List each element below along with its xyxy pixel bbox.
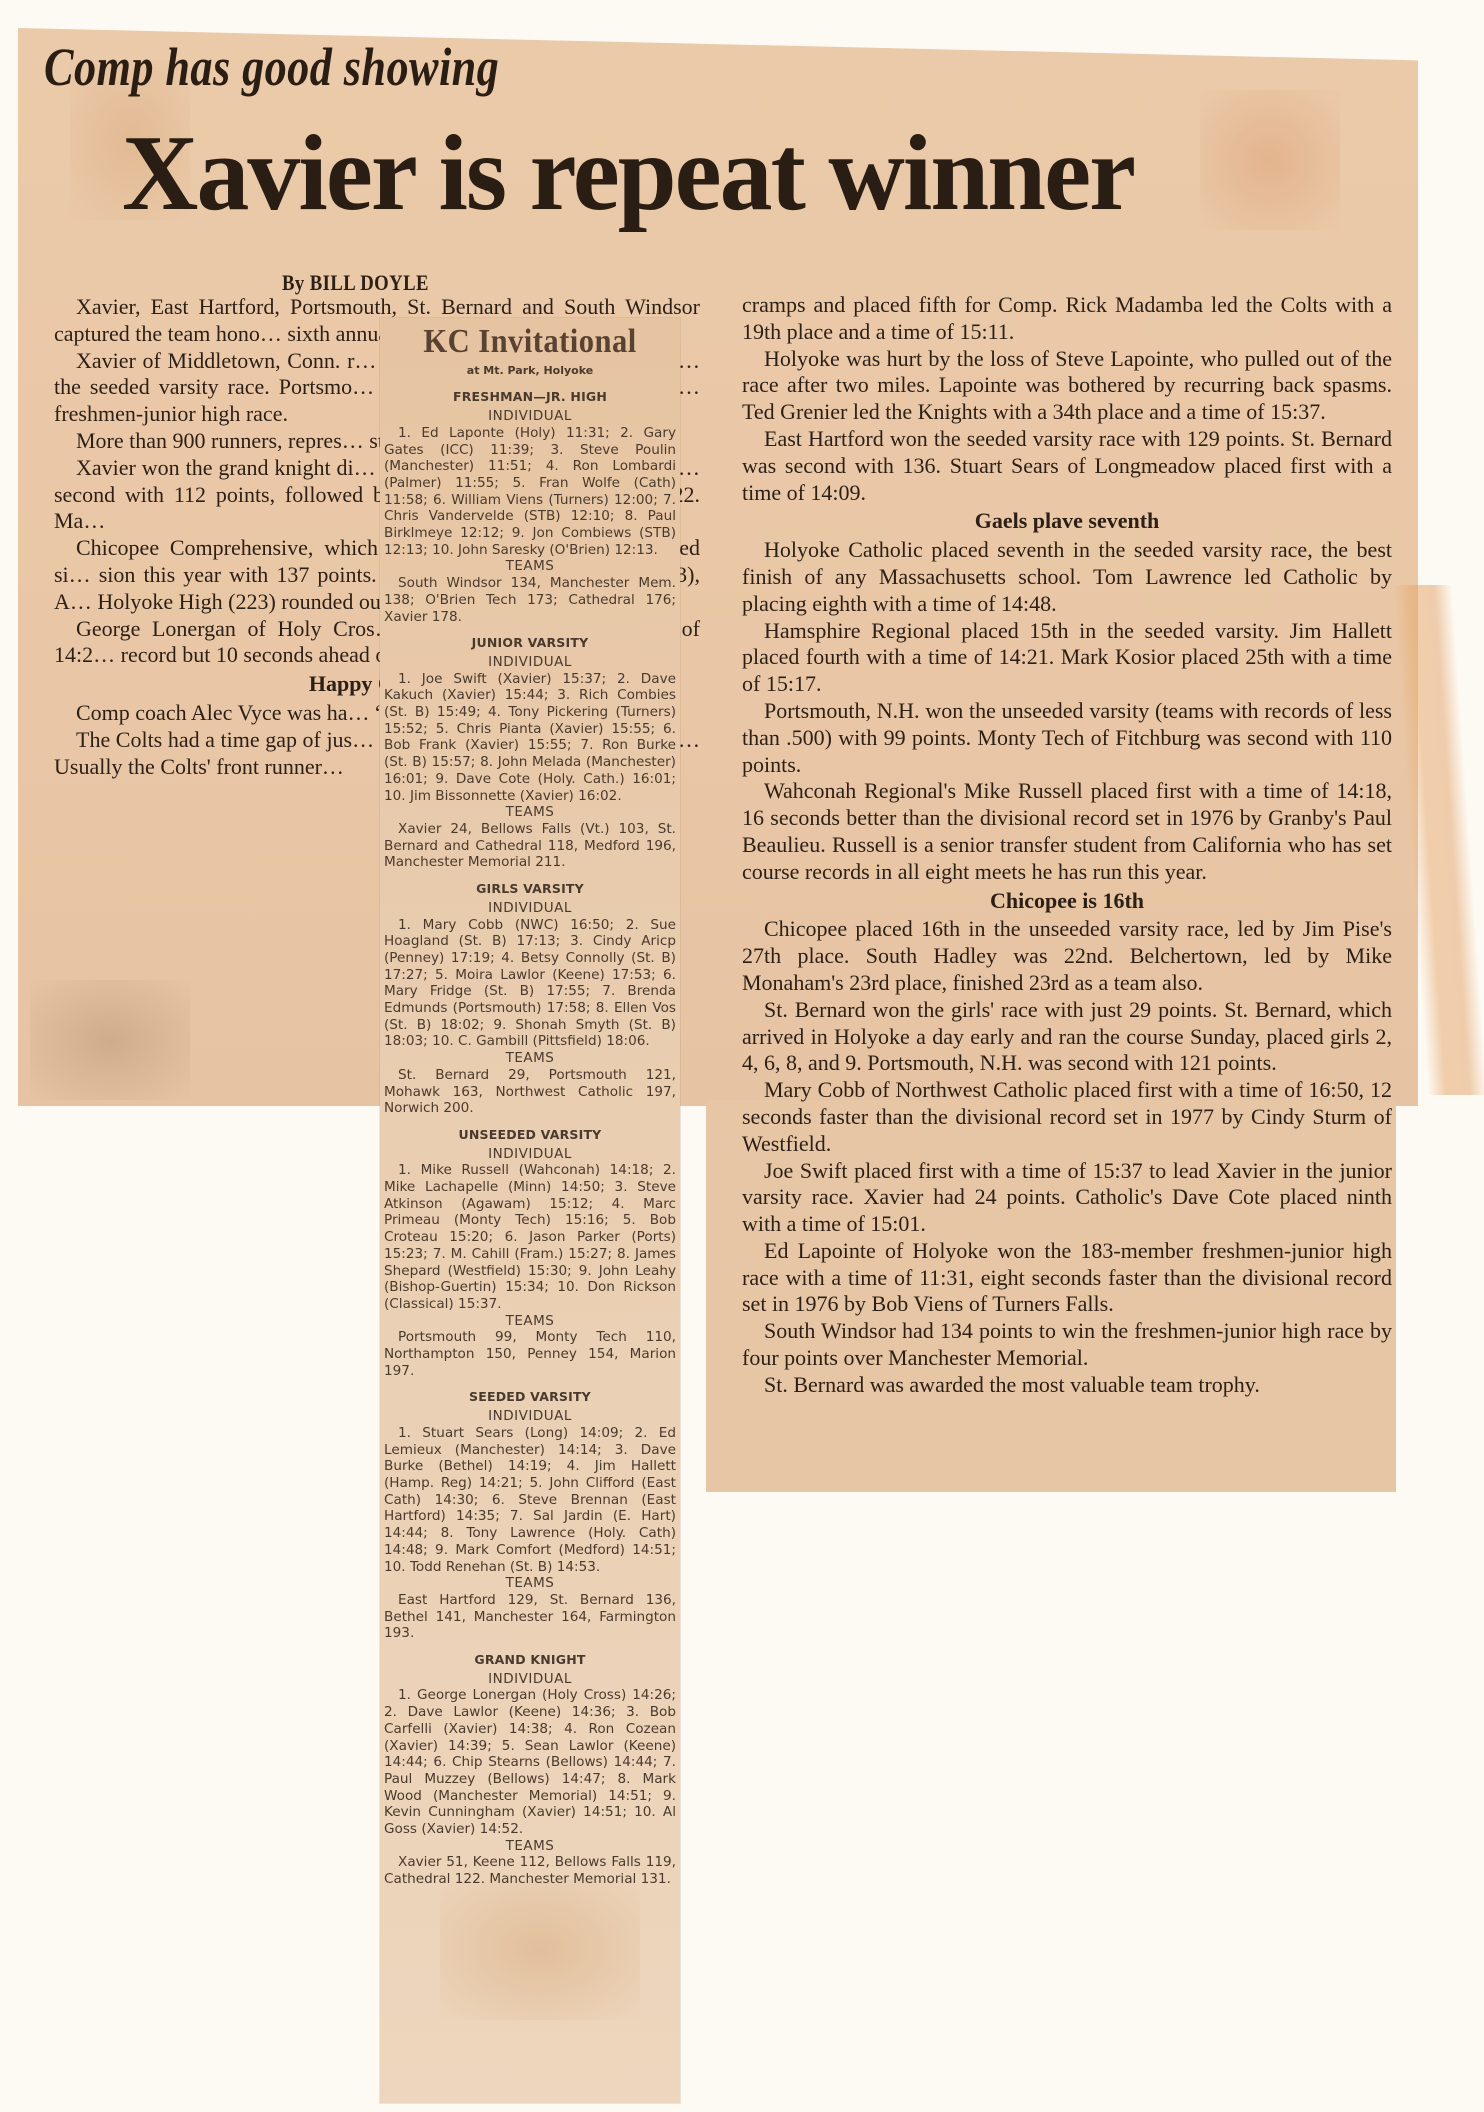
teams-label: TEAMS: [384, 1575, 676, 1592]
results-divisions: FRESHMAN—JR. HIGHINDIVIDUAL1. Ed Laponte…: [384, 389, 676, 1887]
teams-label: TEAMS: [384, 1313, 676, 1330]
individual-results: 1. Mary Cobb (NWC) 16:50; 2. Sue Hoaglan…: [384, 917, 676, 1051]
teams-label: TEAMS: [384, 558, 676, 575]
individual-results: 1. Stuart Sears (Long) 14:09; 2. Ed Lemi…: [384, 1425, 676, 1575]
article-headline: Xavier is repeat winner: [122, 112, 1134, 236]
team-results: Xavier 51, Keene 112, Bellows Falls 119,…: [384, 1854, 676, 1887]
paper-stain: [30, 980, 190, 1100]
teams-label: TEAMS: [384, 1838, 676, 1855]
article-paragraph: Ed Lapointe of Holyoke won the 183-membe…: [742, 1238, 1392, 1318]
division-heading: GIRLS VARSITY: [384, 881, 676, 898]
article-subhead: Chicopee is 16th: [742, 888, 1392, 915]
division-heading: GRAND KNIGHT: [384, 1652, 676, 1669]
division-heading: JUNIOR VARSITY: [384, 635, 676, 652]
individual-results: 1. Mike Russell (Wahconah) 14:18; 2. Mik…: [384, 1162, 676, 1312]
article-byline: By BILL DOYLE: [282, 270, 429, 296]
article-paragraph: Holyoke Catholic placed seventh in the s…: [742, 537, 1392, 617]
article-paragraph: St. Bernard was awarded the most valuabl…: [742, 1372, 1392, 1399]
results-title: KC Invitational: [399, 334, 662, 351]
article-paragraph: Holyoke was hurt by the loss of Steve La…: [742, 346, 1392, 426]
results-location: at Mt. Park, Holyoke: [384, 363, 676, 380]
article-paragraph: cramps and placed fifth for Comp. Rick M…: [742, 292, 1392, 346]
article-paragraph: South Windsor had 134 points to win the …: [742, 1318, 1392, 1372]
article-paragraph: Mary Cobb of Northwest Catholic placed f…: [742, 1077, 1392, 1157]
division-heading: SEEDED VARSITY: [384, 1389, 676, 1406]
article-right-column: cramps and placed fifth for Comp. Rick M…: [742, 292, 1392, 1399]
article-paragraph: Hamsphire Regional placed 15th in the se…: [742, 618, 1392, 698]
individual-results: 1. George Lonergan (Holy Cross) 14:26; 2…: [384, 1687, 676, 1837]
individual-label: INDIVIDUAL: [384, 1671, 676, 1688]
article-paragraph: Portsmouth, N.H. won the unseeded varsit…: [742, 698, 1392, 778]
article-paragraph: Chicopee placed 16th in the unseeded var…: [742, 916, 1392, 996]
team-results: St. Bernard 29, Portsmouth 121, Mohawk 1…: [384, 1067, 676, 1117]
team-results: South Windsor 134, Manchester Mem. 138; …: [384, 575, 676, 625]
teams-label: TEAMS: [384, 1050, 676, 1067]
individual-label: INDIVIDUAL: [384, 900, 676, 917]
teams-label: TEAMS: [384, 804, 676, 821]
individual-label: INDIVIDUAL: [384, 654, 676, 671]
individual-results: 1. Ed Laponte (Holy) 11:31; 2. Gary Gate…: [384, 425, 676, 559]
individual-label: INDIVIDUAL: [384, 1146, 676, 1163]
article-paragraph: East Hartford won the seeded varsity rac…: [742, 426, 1392, 506]
article-subhead: Gaels plave seventh: [742, 508, 1392, 535]
team-results: Xavier 24, Bellows Falls (Vt.) 103, St. …: [384, 821, 676, 871]
division-heading: FRESHMAN—JR. HIGH: [384, 389, 676, 406]
team-results: Portsmouth 99, Monty Tech 110, Northampt…: [384, 1329, 676, 1379]
individual-label: INDIVIDUAL: [384, 1408, 676, 1425]
individual-results: 1. Joe Swift (Xavier) 15:37; 2. Dave Kak…: [384, 671, 676, 805]
individual-label: INDIVIDUAL: [384, 408, 676, 425]
team-results: East Hartford 129, St. Bernard 136, Beth…: [384, 1592, 676, 1642]
results-box: KC Invitational at Mt. Park, Holyoke FRE…: [384, 328, 676, 1898]
paper-stain: [1200, 90, 1340, 230]
article-paragraph: Wahconah Regional's Mike Russell placed …: [742, 778, 1392, 885]
article-kicker: Comp has good showing: [44, 36, 499, 98]
article-paragraph: St. Bernard won the girls' race with jus…: [742, 997, 1392, 1077]
paper-stain: [440, 1880, 640, 2020]
article-paragraph: Joe Swift placed first with a time of 15…: [742, 1158, 1392, 1238]
division-heading: UNSEEDED VARSITY: [384, 1127, 676, 1144]
